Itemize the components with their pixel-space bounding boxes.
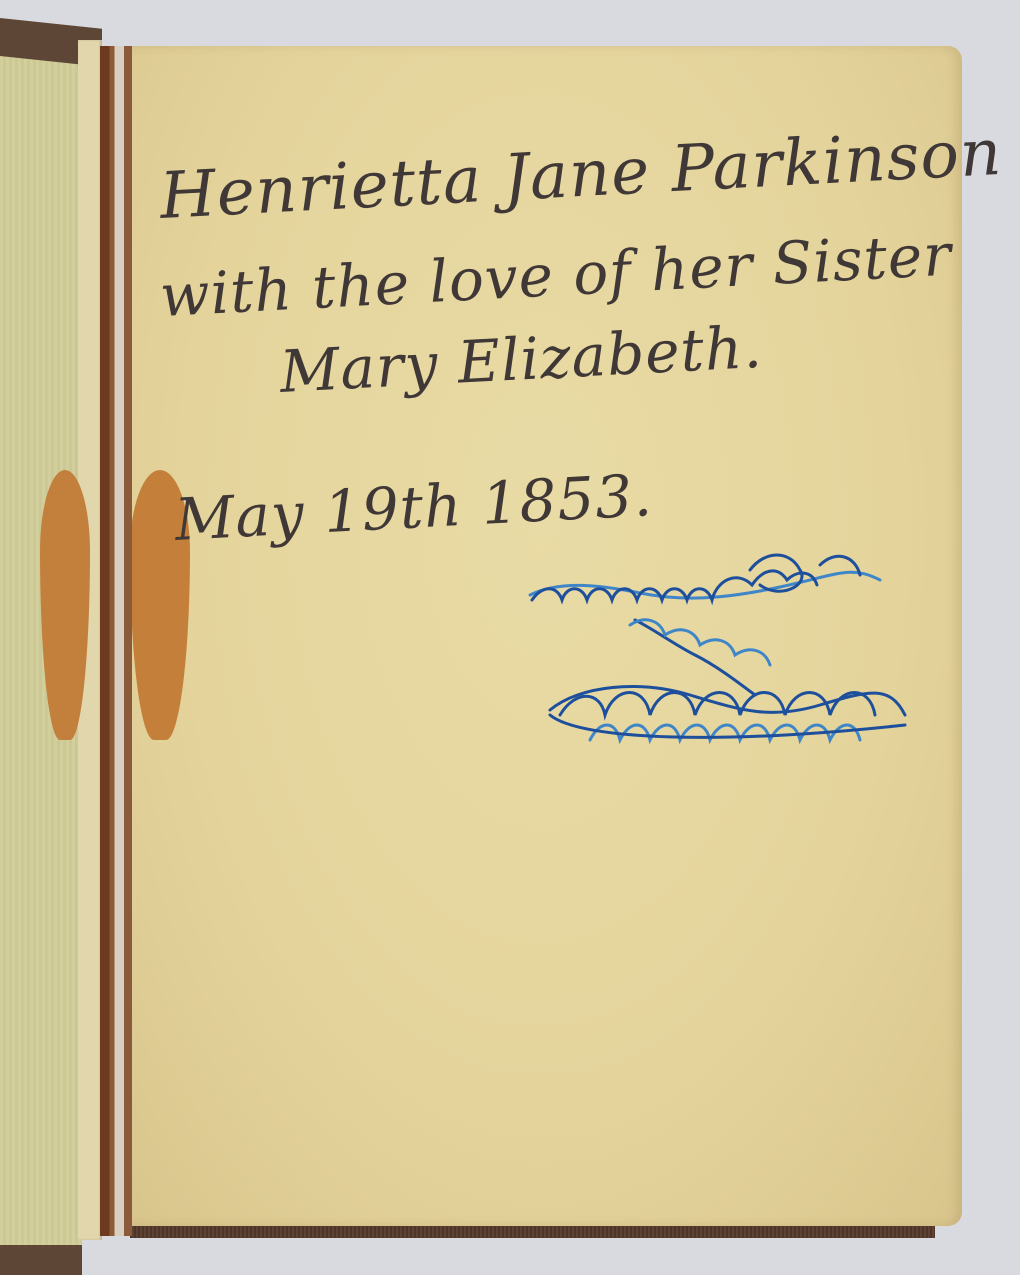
- page-bottom-edge: [130, 1224, 935, 1238]
- cover-bottom: [0, 1245, 82, 1275]
- book-photo: Henrietta Jane Parkinson with the love o…: [0, 0, 1020, 1275]
- spine-gutter: [100, 46, 132, 1236]
- blue-scribble-icon: [520, 525, 920, 755]
